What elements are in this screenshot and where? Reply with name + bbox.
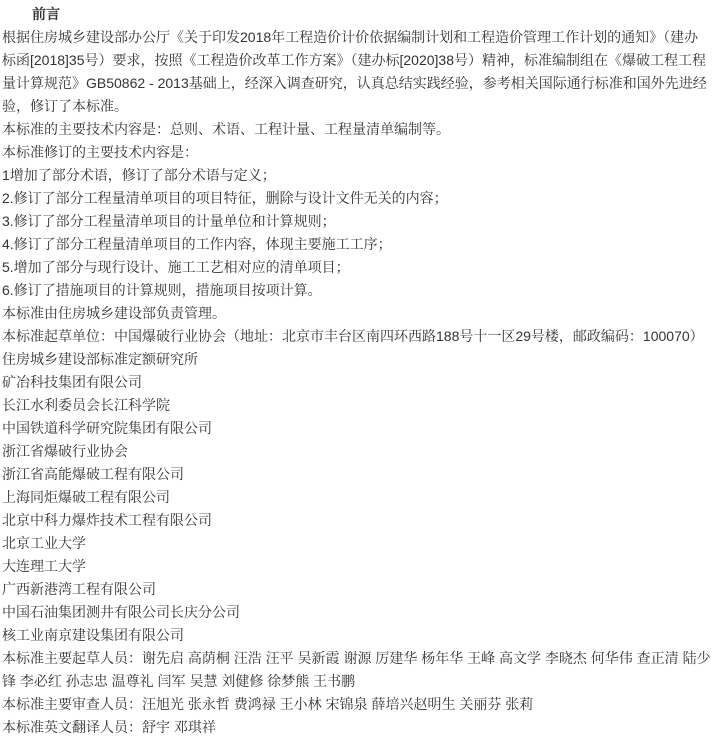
- org-item: 北京工业大学: [2, 532, 712, 555]
- paragraph-drafting-org: 本标准起草单位：中国爆破行业协会（地址：北京市丰台区南四环西路188号十一区29…: [2, 325, 712, 348]
- org-item: 长江水利委员会长江科学院: [2, 394, 712, 417]
- revision-item-4: 4.修订了部分工程量清单项目的工作内容，体现主要施工工序；: [2, 233, 712, 256]
- paragraph-reviewers: 本标准主要审查人员：汪旭光 张永哲 费鸿禄 王小林 宋锦泉 薛培兴赵明生 关丽芬…: [2, 693, 712, 716]
- org-item: 广西新港湾工程有限公司: [2, 578, 712, 601]
- paragraph-basis: 根据住房城乡建设部办公厅《关于印发2018年工程造价计价依据编制计划和工程造价管…: [2, 26, 712, 118]
- org-item: 北京中科力爆炸技术工程有限公司: [2, 509, 712, 532]
- org-item: 矿冶科技集团有限公司: [2, 371, 712, 394]
- org-item: 上海同炬爆破工程有限公司: [2, 486, 712, 509]
- org-item: 大连理工大学: [2, 555, 712, 578]
- revision-item-2: 2.修订了部分工程量清单项目的项目特征，删除与设计文件无关的内容；: [2, 187, 712, 210]
- org-item: 中国石油集团测井有限公司长庆分公司: [2, 601, 712, 624]
- org-item: 浙江省高能爆破工程有限公司: [2, 463, 712, 486]
- revision-item-3: 3.修订了部分工程量清单项目的计量单位和计算规则；: [2, 210, 712, 233]
- revision-item-5: 5.增加了部分与现行设计、施工工艺相对应的清单项目；: [2, 256, 712, 279]
- document-page: 前言 根据住房城乡建设部办公厅《关于印发2018年工程造价计价依据编制计划和工程…: [0, 0, 714, 743]
- paragraph-main-content: 本标准的主要技术内容是：总则、术语、工程计量、工程量清单编制等。: [2, 118, 712, 141]
- revision-item-6: 6.修订了措施项目的计算规则，措施项目按项计算。: [2, 279, 712, 302]
- paragraph-drafters: 本标准主要起草人员：谢先启 高荫桐 汪浩 汪平 吴新霞 谢源 厉建华 杨年华 王…: [2, 647, 712, 693]
- org-item: 住房城乡建设部标准定额研究所: [2, 348, 712, 371]
- paragraph-translators: 本标准英文翻译人员：舒宇 邓琪祥: [2, 716, 712, 739]
- paragraph-revision-intro: 本标准修订的主要技术内容是：: [2, 141, 712, 164]
- paragraph-management: 本标准由住房城乡建设部负责管理。: [2, 302, 712, 325]
- preface-title: 前言: [2, 3, 712, 26]
- org-item: 浙江省爆破行业协会: [2, 440, 712, 463]
- org-item: 核工业南京建设集团有限公司: [2, 624, 712, 647]
- org-item: 中国铁道科学研究院集团有限公司: [2, 417, 712, 440]
- revision-item-1: 1增加了部分术语，修订了部分术语与定义；: [2, 164, 712, 187]
